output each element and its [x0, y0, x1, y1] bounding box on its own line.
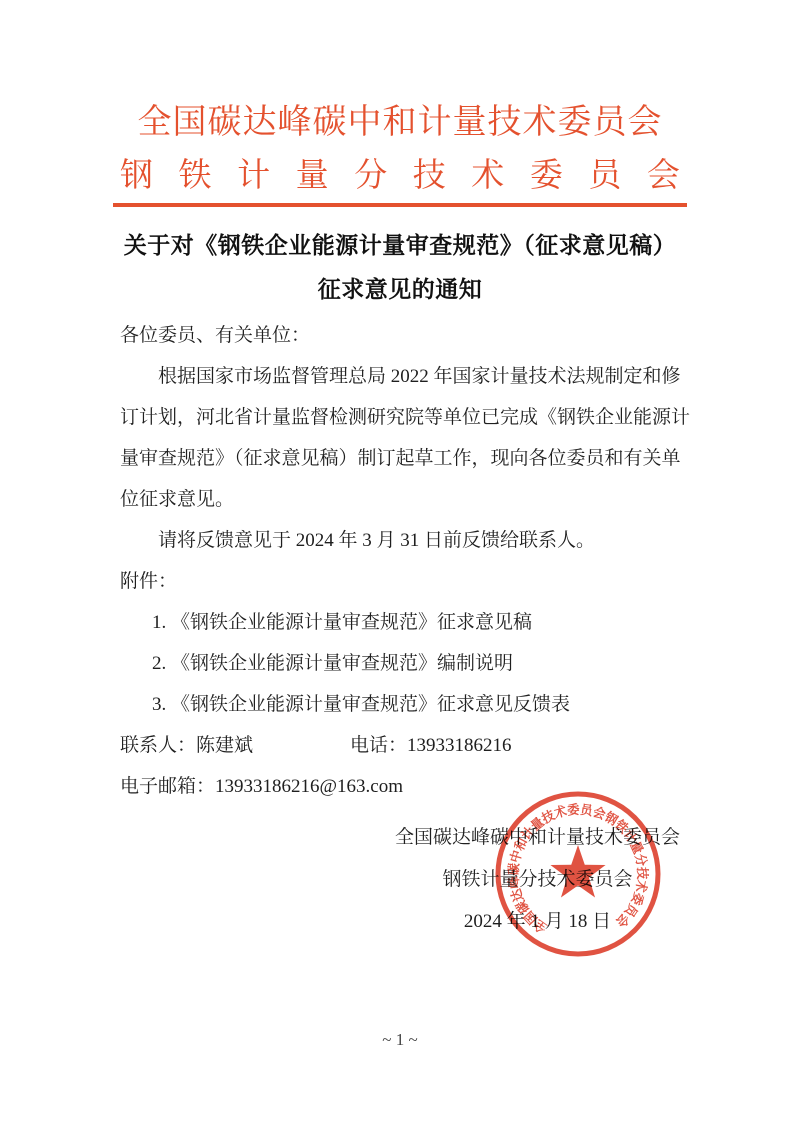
- phone-label: 电话：: [350, 735, 407, 756]
- attachment-item: 1. 《钢铁企业能源计量审查规范》征求意见稿: [120, 602, 680, 643]
- paragraph-line: 位征求意见。: [120, 479, 680, 520]
- letterhead-divider: [113, 203, 687, 207]
- contact-label: 联系人：: [120, 725, 196, 766]
- paragraph-line: 订计划，河北省计量监督检测研究院等单位已完成《钢铁企业能源计: [120, 397, 680, 438]
- paragraph-line: 根据国家市场监督管理总局 2022 年国家计量技术法规制定和修: [120, 356, 680, 397]
- phone-number: 13933186216: [407, 735, 512, 756]
- attachments-label: 附件：: [120, 561, 680, 602]
- official-seal: 全国碳达峰碳中和计量技术委员会钢铁计量分技术委员会: [478, 774, 678, 974]
- document-body: 各位委员、有关单位： 根据国家市场监督管理总局 2022 年国家计量技术法规制定…: [120, 315, 680, 807]
- seal-star: [550, 845, 605, 897]
- document-title-line1: 关于对《钢铁企业能源计量审查规范》（征求意见稿）: [120, 223, 680, 267]
- document-title: 关于对《钢铁企业能源计量审查规范》（征求意见稿） 征求意见的通知: [120, 223, 680, 311]
- document-content: 全国碳达峰碳中和计量技术委员会 钢铁计量分技术委员会 关于对《钢铁企业能源计量审…: [0, 0, 800, 943]
- salutation: 各位委员、有关单位：: [120, 315, 680, 356]
- page-number: ~ 1 ~: [0, 1028, 800, 1052]
- document-title-line2: 征求意见的通知: [120, 267, 680, 311]
- attachment-item: 3. 《钢铁企业能源计量审查规范》征求意见反馈表: [120, 684, 680, 725]
- paragraph-line: 量审查规范》（征求意见稿）制订起草工作，现向各位委员和有关单: [120, 438, 680, 479]
- contact-name: 陈建斌: [196, 725, 253, 766]
- deadline-paragraph: 请将反馈意见于 2024 年 3 月 31 日前反馈给联系人。: [120, 520, 680, 561]
- letterhead: 全国碳达峰碳中和计量技术委员会 钢铁计量分技术委员会: [120, 100, 680, 207]
- email-label: 电子邮箱：: [120, 776, 215, 797]
- email-address: 13933186216@163.com: [215, 776, 403, 797]
- document-page: 全国碳达峰碳中和计量技术委员会 钢铁计量分技术委员会 关于对《钢铁企业能源计量审…: [0, 0, 800, 1131]
- letterhead-line1: 全国碳达峰碳中和计量技术委员会: [120, 100, 680, 144]
- attachment-item: 2. 《钢铁企业能源计量审查规范》编制说明: [120, 643, 680, 684]
- letterhead-line2: 钢铁计量分技术委员会: [120, 152, 680, 198]
- contact-row: 联系人：陈建斌 电话：13933186216: [120, 725, 680, 766]
- phone-part: 电话：13933186216: [350, 725, 512, 766]
